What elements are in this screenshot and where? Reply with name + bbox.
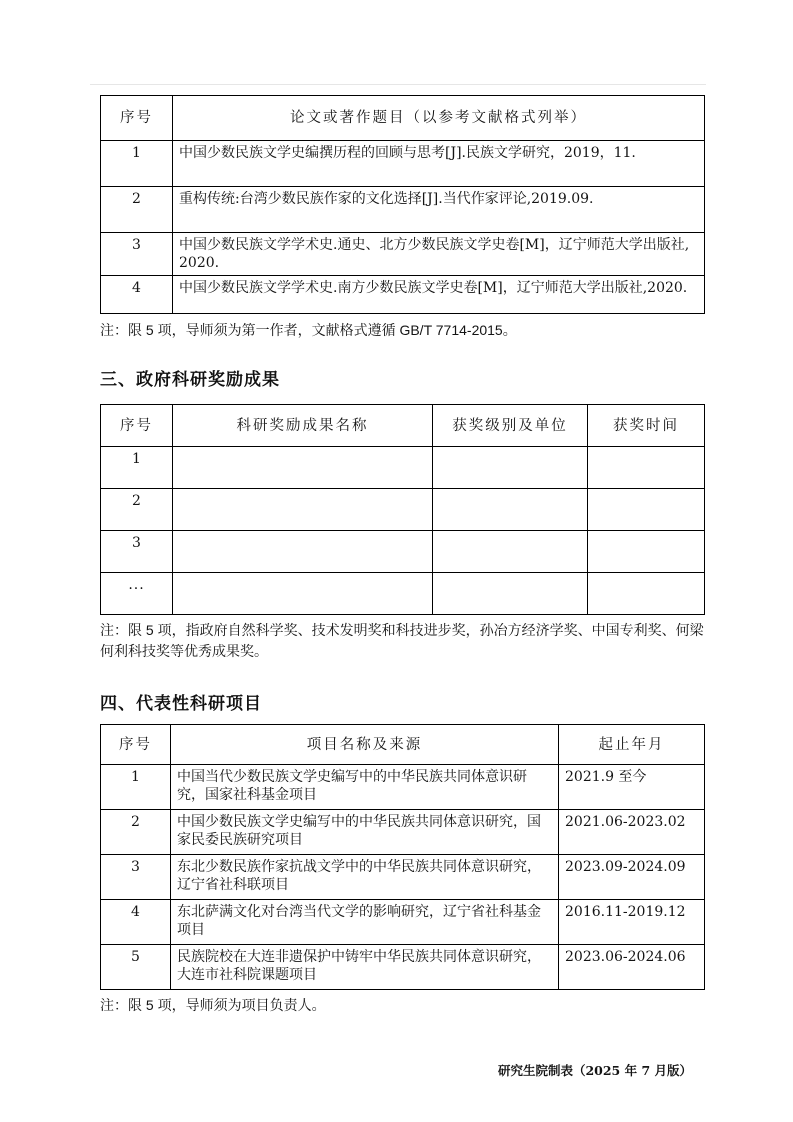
publication-title-cell: 重构传统:台湾少数民族作家的文化选择[J].当代作家评论,2019.09.	[173, 187, 705, 233]
table-row: 2	[101, 489, 705, 531]
row-number: 1	[101, 141, 173, 187]
project-name-cell: 中国当代少数民族文学史编写中的中华民族共同体意识研究，国家社科基金项目	[171, 765, 559, 810]
table-row: 3	[101, 531, 705, 573]
document-page: 序号 论文或著作题目（以参考文献格式列举） 1 中国少数民族文学史编撰历程的回顾…	[0, 0, 793, 1122]
publication-title-cell: 中国少数民族文学学术史.通史、北方少数民族文学史卷[M]，辽宁师范大学出版社,2…	[173, 233, 705, 276]
table-row: 1	[101, 447, 705, 489]
awards-note: 注：限 5 项，指政府自然科学奖、技术发明奖和科技进步奖，孙冶方经济学奖、中国专…	[100, 620, 704, 662]
project-period-cell: 2023.09-2024.09	[559, 855, 705, 900]
award-time-cell	[588, 447, 705, 489]
table-row: 1 中国当代少数民族文学史编写中的中华民族共同体意识研究，国家社科基金项目 20…	[101, 765, 705, 810]
table-row: 4 东北萨满文化对台湾当代文学的影响研究，辽宁省社科基金项目 2016.11-2…	[101, 900, 705, 945]
header-seq: 序号	[101, 405, 173, 447]
table-row: 2 重构传统:台湾少数民族作家的文化选择[J].当代作家评论,2019.09.	[101, 187, 705, 233]
project-period-cell: 2023.06-2024.06	[559, 945, 705, 990]
publications-header-row: 序号 论文或著作题目（以参考文献格式列举）	[101, 96, 705, 141]
section-title-projects: 四、代表性科研项目	[100, 692, 704, 716]
row-number: 3	[101, 233, 173, 276]
projects-table: 序号 项目名称及来源 起止年月 1 中国当代少数民族文学史编写中的中华民族共同体…	[100, 724, 705, 990]
table-row: 3 中国少数民族文学学术史.通史、北方少数民族文学史卷[M]，辽宁师范大学出版社…	[101, 233, 705, 276]
project-name-cell: 东北少数民族作家抗战文学中的中华民族共同体意识研究，辽宁省社科联项目	[171, 855, 559, 900]
award-name-cell	[173, 531, 433, 573]
project-name-cell: 民族院校在大连非遗保护中铸牢中华民族共同体意识研究，大连市社科院课题项目	[171, 945, 559, 990]
award-level-cell	[433, 447, 588, 489]
document-footer: 研究生院制表（2025 年 7 月版）	[100, 1061, 704, 1079]
award-level-cell	[433, 489, 588, 531]
project-name-cell: 中国少数民族文学史编写中的中华民族共同体意识研究，国家民委民族研究项目	[171, 810, 559, 855]
award-time-cell	[588, 531, 705, 573]
publication-title-cell: 中国少数民族文学学术史.南方少数民族文学史卷[M]，辽宁师范大学出版社,2020…	[173, 276, 705, 314]
project-period-cell: 2021.06-2023.02	[559, 810, 705, 855]
table-row: ...	[101, 573, 705, 615]
award-level-cell	[433, 531, 588, 573]
award-name-cell	[173, 489, 433, 531]
row-number: 2	[101, 187, 173, 233]
awards-table: 序号 科研奖励成果名称 获奖级别及单位 获奖时间 1 2 3	[100, 404, 705, 615]
row-number: 1	[101, 447, 173, 489]
header-project-name: 项目名称及来源	[171, 725, 559, 765]
project-period-cell: 2016.11-2019.12	[559, 900, 705, 945]
row-number: 5	[101, 945, 171, 990]
row-number: 3	[101, 855, 171, 900]
project-period-cell: 2021.9 至今	[559, 765, 705, 810]
projects-note: 注：限 5 项，导师须为项目负责人。	[100, 995, 704, 1016]
award-time-cell	[588, 489, 705, 531]
table-row: 1 中国少数民族文学史编撰历程的回顾与思考[J].民族文学研究，2019，11.	[101, 141, 705, 187]
header-award-time: 获奖时间	[588, 405, 705, 447]
section-title-awards: 三、政府科研奖励成果	[100, 368, 704, 392]
award-name-cell	[173, 447, 433, 489]
row-number: 4	[101, 900, 171, 945]
row-number: 2	[101, 489, 173, 531]
publications-table: 序号 论文或著作题目（以参考文献格式列举） 1 中国少数民族文学史编撰历程的回顾…	[100, 95, 705, 314]
document-content: 序号 论文或著作题目（以参考文献格式列举） 1 中国少数民族文学史编撰历程的回顾…	[100, 0, 704, 1079]
table-row: 3 东北少数民族作家抗战文学中的中华民族共同体意识研究，辽宁省社科联项目 202…	[101, 855, 705, 900]
projects-header-row: 序号 项目名称及来源 起止年月	[101, 725, 705, 765]
table-row: 2 中国少数民族文学史编写中的中华民族共同体意识研究，国家民委民族研究项目 20…	[101, 810, 705, 855]
header-award-name: 科研奖励成果名称	[173, 405, 433, 447]
award-name-cell	[173, 573, 433, 615]
publications-note: 注：限 5 项，导师须为第一作者，文献格式遵循 GB/T 7714-2015。	[100, 320, 704, 341]
row-number: 3	[101, 531, 173, 573]
header-award-level: 获奖级别及单位	[433, 405, 588, 447]
project-name-cell: 东北萨满文化对台湾当代文学的影响研究，辽宁省社科基金项目	[171, 900, 559, 945]
header-seq: 序号	[101, 96, 173, 141]
row-number: 1	[101, 765, 171, 810]
header-seq: 序号	[101, 725, 171, 765]
table-row: 4 中国少数民族文学学术史.南方少数民族文学史卷[M]，辽宁师范大学出版社,20…	[101, 276, 705, 314]
row-number: 4	[101, 276, 173, 314]
header-publication-title: 论文或著作题目（以参考文献格式列举）	[173, 96, 705, 141]
header-project-period: 起止年月	[559, 725, 705, 765]
row-number: 2	[101, 810, 171, 855]
award-time-cell	[588, 573, 705, 615]
award-level-cell	[433, 573, 588, 615]
table-row: 5 民族院校在大连非遗保护中铸牢中华民族共同体意识研究，大连市社科院课题项目 2…	[101, 945, 705, 990]
publication-title-cell: 中国少数民族文学史编撰历程的回顾与思考[J].民族文学研究，2019，11.	[173, 141, 705, 187]
awards-header-row: 序号 科研奖励成果名称 获奖级别及单位 获奖时间	[101, 405, 705, 447]
row-number: ...	[101, 573, 173, 615]
